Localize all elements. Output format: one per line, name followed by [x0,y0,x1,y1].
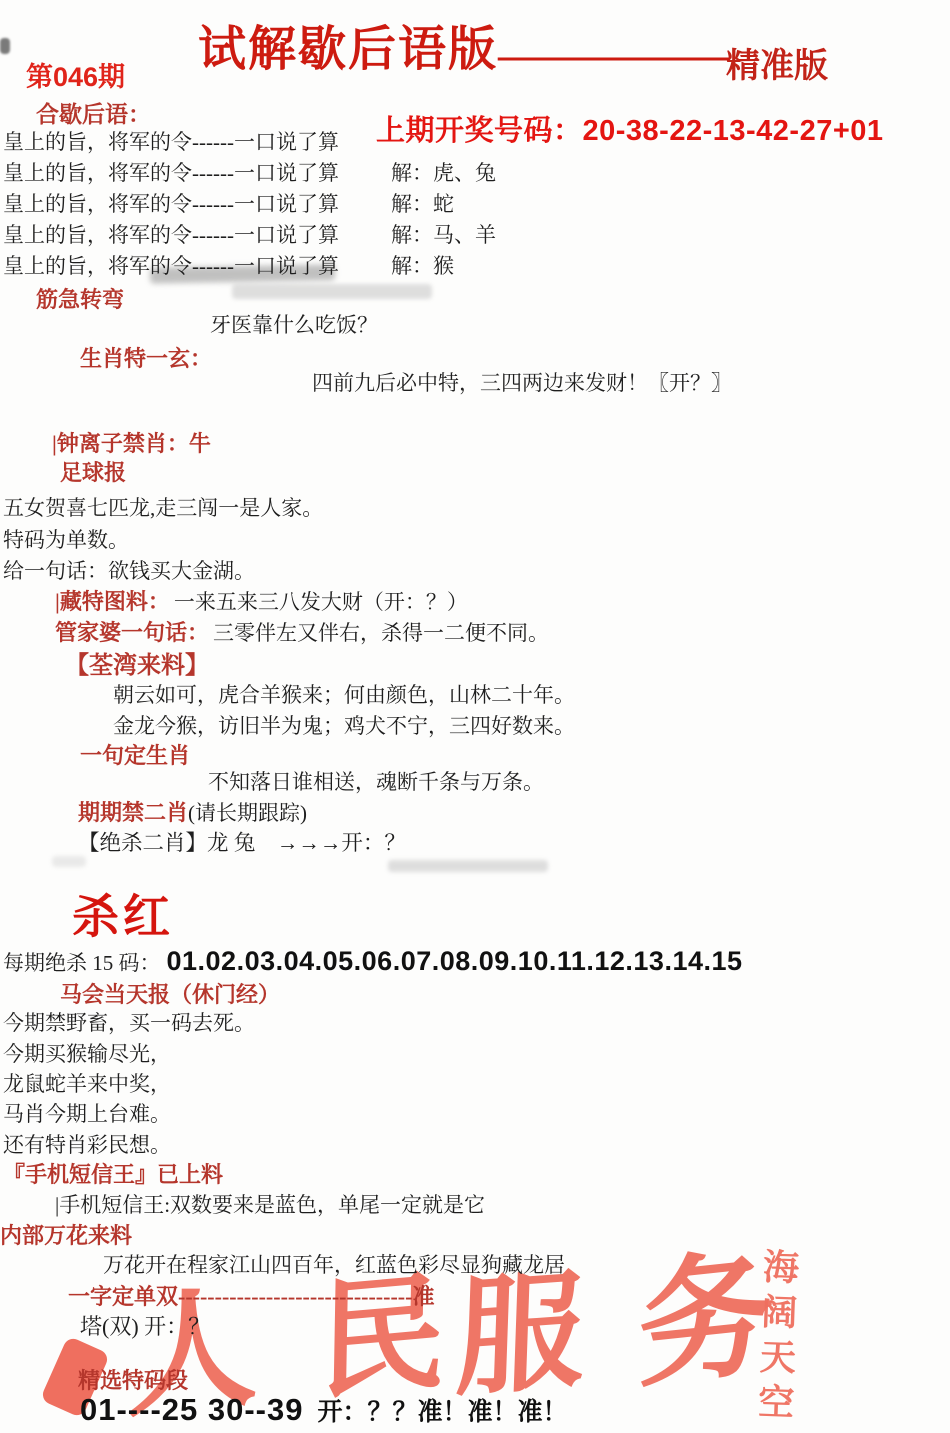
riddle-row-1: 皇上的旨，将军的令------一口说了算 [3,126,903,156]
housekeeper-label: 管家婆一句话： [55,620,209,645]
riddle-text: 皇上的旨，将军的令------一口说了算 [3,126,339,156]
one-sentence-text: 不知落日谁相送，魂断千条与万条。 [208,766,544,796]
watermark-vertical: 海阔天空 [755,1247,797,1433]
riddle-text: 皇上的旨，将军的令------一口说了算 [3,219,339,249]
sms-label: 『手机短信王』已上料 [3,1158,223,1189]
page-title-main: 试解歇后语版 [198,24,498,77]
tip-sheet-page: 人 民 服 务 海阔天空 试解歇后语版 —————— 精准版 第046期 合歇后… [0,0,950,1433]
daily-line-0: 今期禁野畜，买一码去死。 [3,1007,255,1037]
kill-two-line: 【绝杀二肖】龙 兔 →→→开：？ [78,826,406,857]
daily-line-3: 马肖今期上台难。 [3,1098,171,1128]
ban-two-label: 期期禁二肖 [78,800,188,825]
issue-number: 第046期 [26,55,125,94]
daily-line-2: 龙鼠蛇羊来中奖， [3,1068,171,1098]
football-line2: 特码为单数。 [3,524,129,554]
riddle-answer: 解：蛇 [391,188,454,218]
kill-red-title: 杀红 [72,880,174,947]
one-sentence-label: 一句定生肖 [80,739,190,770]
tsuenwan-line1: 朝云如可，虎合羊猴来；何由颜色，山林二十年。 [113,679,575,709]
kill15-label: 每期绝杀 15 码： [3,951,161,975]
football-line1: 五女贺喜七匹龙,走三闯一是人家。 [3,492,323,522]
teaser-label: 筋急转弯 [36,283,124,314]
couplet-label: 合歇后语： [36,96,151,129]
ban-two-row: 期期禁二肖(请长期跟踪) [78,796,307,827]
daily-label: 马会当天报（休门经） [60,978,280,1009]
segment-numbers: 01----25 30--39 [80,1392,303,1428]
hidden-tip-label: |藏特图料： [55,589,170,614]
segment-row: 01----25 30--39 开：？？准！准！准！ [80,1392,568,1428]
riddle-text: 皇上的旨，将军的令------一口说了算 [3,157,339,187]
wanhua-text: 万花开在程家江山四百年，红蓝色彩尽显狗藏龙居 [103,1249,565,1279]
watermark-char-fu: 服 [454,1267,586,1405]
teaser-question: 牙医靠什么吃饭？ [210,309,378,339]
riddle-row-4: 皇上的旨，将军的令------一口说了算 解：马、羊 [3,219,903,249]
killred-smudge2 [52,856,86,867]
riddle-row-2: 皇上的旨，将军的令------一口说了算 解：虎、兔 [3,157,903,187]
kill15-row: 每期绝杀 15 码：01.02.03.04.05.06.07.08.09.10.… [3,946,743,977]
tsuenwan-label: 【荃湾来料】 [65,645,209,680]
riddle-answer: 解：马、羊 [391,219,496,249]
tsuenwan-line2: 金龙今猴，访旧半为鬼；鸡犬不宁，三四好数来。 [113,710,575,740]
corner-mark [0,38,10,54]
segment-label: 精选特码段 [78,1364,188,1395]
daily-line-1: 今期买猴输尽光， [3,1038,171,1068]
page-title-suffix: 精准版 [726,38,828,87]
ban-two-note: (请长期跟踪) [188,801,307,825]
hidden-tip-text: 一来五来三八发大财（开：？） [174,590,468,614]
zodiac-text: 四前九后必中特，三四两边来发财！〖开？〗 [312,367,732,397]
sms-text: |手机短信王:双数要来是蓝色，单尾一定就是它 [55,1189,485,1219]
kill15-numbers: 01.02.03.04.05.06.07.08.09.10.11.12.13.1… [167,946,743,976]
teaser-smudge-light [232,284,432,299]
riddle-row-3: 皇上的旨，将军的令------一口说了算 解：蛇 [3,188,903,218]
ta-result: 塔(双) 开：？ [80,1310,210,1341]
forbidden-label: |钟离子禁肖：牛 [52,427,211,458]
riddle-answer: 解：虎、兔 [391,157,496,187]
single-double-label: 一字定单双--------------------------------准 [68,1280,434,1311]
page-title: 试解歇后语版 —————— 精准版 [198,24,828,87]
segment-result: 开：？？准！准！准！ [317,1392,567,1428]
daily-line-4: 还有特肖彩民想。 [3,1129,171,1159]
riddle-text: 皇上的旨，将军的令------一口说了算 [3,188,339,218]
riddle-answer: 解：猴 [391,250,454,280]
killred-smudge [388,860,548,872]
wanhua-label: 内部万花来料 [0,1219,132,1250]
page-title-dashes: —————— [498,32,726,80]
riddle-text: 皇上的旨，将军的令------一口说了算 [3,250,339,280]
football-line3: 给一句话：欲钱买大金湖。 [3,555,255,585]
housekeeper-text: 三零伴左又伴右，杀得一二便不同。 [213,621,549,645]
housekeeper-row: 管家婆一句话： 三零伴左又伴右，杀得一二便不同。 [55,616,549,647]
riddle-row-5: 皇上的旨，将军的令------一口说了算 解：猴 [3,250,903,280]
zodiac-label: 生肖特一玄： [80,342,212,373]
football-label: 足球报 [60,456,126,487]
hidden-tip-row: |藏特图料： 一来五来三八发大财（开：？） [55,585,468,616]
